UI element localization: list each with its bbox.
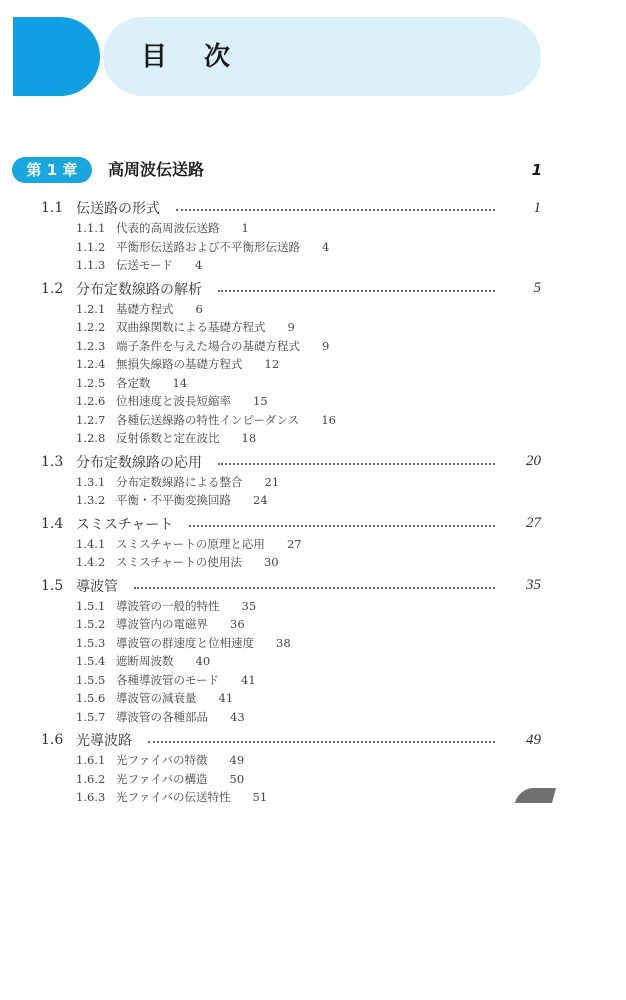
subsection-page: 9 [322,339,329,353]
section-title: 伝送路の形式 [76,198,160,218]
section-number: 1.2 [41,281,76,297]
toc-subsection-row[interactable]: 1.2.2 双曲線関数による基礎方程式 9 [41,318,541,337]
section-number: 1.3 [41,454,76,470]
toc-subsection-row[interactable]: 1.5.7 導波管の各種部品 43 [41,708,541,727]
dot-leader [218,463,495,465]
toc-subsection-row[interactable]: 1.2.4 無損失線路の基礎方程式 12 [41,355,541,374]
subsection-title: 各種導波管のモード [116,672,219,688]
toc-subsection-row[interactable]: 1.4.1 スミスチャートの原理と応用 27 [41,535,541,554]
dot-leader [189,525,495,527]
toc-subsection-row[interactable]: 1.6.2 光ファイバの構造 50 [41,770,541,789]
section-page: 1 [521,200,541,217]
toc-subsection-row[interactable]: 1.6.3 光ファイバの伝送特性 51 [41,788,541,807]
header-accent-block [13,17,100,96]
toc-section: 1.3 分布定数線路の応用 20 1.3.1 分布定数線路による整合 21 1.… [41,451,541,510]
section-number: 1.1 [41,200,76,216]
subsection-page: 24 [253,493,268,507]
subsection-title: 導波管内の電磁界 [116,616,208,632]
subsection-title: 反射係数と定在波比 [116,430,220,446]
subsection-title: 導波管の群速度と位相速度 [116,635,254,651]
toc-section: 1.1 伝送路の形式 1 1.1.1 代表的高周波伝送路 1 1.1.2 平衡形… [41,197,541,275]
subsection-page: 27 [287,537,302,551]
subsection-number: 1.6.3 [76,790,116,804]
subsection-number: 1.4.1 [76,537,116,551]
toc-section: 1.2 分布定数線路の解析 5 1.2.1 基礎方程式 6 1.2.2 双曲線関… [41,278,541,448]
subsection-title: 基礎方程式 [116,301,174,317]
subsection-page: 51 [253,790,268,804]
subsection-number: 1.1.1 [76,221,116,235]
toc-section-row[interactable]: 1.5 導波管 35 [41,575,541,597]
subsection-page: 41 [219,691,234,705]
chapter-badge: 第 1 章 [12,157,92,183]
toc-section-row[interactable]: 1.6 光導波路 49 [41,729,541,751]
section-page: 35 [521,577,541,594]
section-page: 20 [521,453,541,470]
subsection-page: 16 [321,413,336,427]
subsection-title: 位相速度と波長短縮率 [116,393,231,409]
toc-subsection-row[interactable]: 1.2.8 反射係数と定在波比 18 [41,429,541,448]
subsection-title: 伝送モード [116,257,173,273]
subsection-number: 1.6.2 [76,772,116,786]
subsection-title: 光ファイバの伝送特性 [116,789,231,805]
page-title: 目 次 [141,36,244,73]
subsection-title: スミスチャートの使用法 [116,554,242,570]
subsection-page: 12 [265,357,280,371]
subsection-number: 1.3.1 [76,475,116,489]
subsection-title: 双曲線関数による基礎方程式 [116,319,266,335]
chapter-title: 高周波伝送路 [108,157,204,183]
subsection-title: 遮断周波数 [116,653,174,669]
subsection-number: 1.3.2 [76,493,116,507]
toc-section: 1.4 スミスチャート 27 1.4.1 スミスチャートの原理と応用 27 1.… [41,513,541,572]
subsection-number: 1.5.7 [76,710,116,724]
toc-subsection-row[interactable]: 1.5.1 導波管の一般的特性 35 [41,597,541,616]
subsection-number: 1.2.1 [76,302,116,316]
subsection-number: 1.2.2 [76,320,116,334]
subsection-page: 36 [230,617,245,631]
toc-subsection-row[interactable]: 1.5.4 遮断周波数 40 [41,652,541,671]
dot-leader [218,290,495,292]
toc-subsection-row[interactable]: 1.4.2 スミスチャートの使用法 30 [41,553,541,572]
subsection-title: 各定数 [116,375,151,391]
subsection-number: 1.1.3 [76,258,116,272]
toc-section: 1.5 導波管 35 1.5.1 導波管の一般的特性 35 1.5.2 導波管内… [41,575,541,727]
section-number: 1.6 [41,732,76,748]
subsection-page: 4 [322,240,329,254]
subsection-page: 41 [241,673,256,687]
subsection-title: 平衡・不平衡変換回路 [116,492,231,508]
toc-subsection-row[interactable]: 1.2.6 位相速度と波長短縮率 15 [41,392,541,411]
subsection-title: 端子条件を与えた場合の基礎方程式 [116,338,300,354]
section-page: 27 [521,515,541,532]
chapter-page: 1 [532,157,542,183]
toc-subsection-row[interactable]: 1.1.1 代表的高周波伝送路 1 [41,219,541,238]
subsection-title: 代表的高周波伝送路 [116,220,220,236]
subsection-page: 40 [196,654,211,668]
subsection-number: 1.2.7 [76,413,116,427]
toc-section-row[interactable]: 1.3 分布定数線路の応用 20 [41,451,541,473]
toc-subsection-row[interactable]: 1.2.7 各種伝送線路の特性インピーダンス 16 [41,411,541,430]
section-title: 分布定数線路の応用 [76,452,202,472]
dot-leader [176,209,495,211]
subsection-title: 光ファイバの特徴 [116,752,208,768]
section-title: スミスチャート [76,514,173,534]
subsection-number: 1.6.1 [76,753,116,767]
subsection-page: 15 [253,394,268,408]
subsection-page: 9 [288,320,295,334]
toc-subsection-row[interactable]: 1.5.5 各種導波管のモード 41 [41,671,541,690]
table-of-contents: 1.1 伝送路の形式 1 1.1.1 代表的高周波伝送路 1 1.1.2 平衡形… [41,197,541,810]
subsection-number: 1.5.3 [76,636,116,650]
subsection-title: 分布定数線路による整合 [116,474,243,490]
chapter-heading[interactable]: 第 1 章 高周波伝送路 1 [12,157,542,183]
subsection-title: 導波管の各種部品 [116,709,208,725]
subsection-number: 1.4.2 [76,555,116,569]
subsection-number: 1.2.3 [76,339,116,353]
subsection-number: 1.2.8 [76,431,116,445]
subsection-number: 1.2.4 [76,357,116,371]
subsection-page: 38 [276,636,291,650]
toc-subsection-row[interactable]: 1.2.3 端子条件を与えた場合の基礎方程式 9 [41,337,541,356]
toc-subsection-row[interactable]: 1.1.2 平衡形伝送路および不平衡形伝送路 4 [41,238,541,257]
subsection-title: 各種伝送線路の特性インピーダンス [116,412,299,428]
section-page: 49 [521,732,541,749]
toc-section-row[interactable]: 1.4 スミスチャート 27 [41,513,541,535]
subsection-title: 導波管の一般的特性 [116,598,220,614]
toc-subsection-row[interactable]: 1.5.2 導波管内の電磁界 36 [41,615,541,634]
toc-section-row[interactable]: 1.1 伝送路の形式 1 [41,197,541,219]
subsection-number: 1.1.2 [76,240,116,254]
subsection-number: 1.5.5 [76,673,116,687]
subsection-number: 1.5.2 [76,617,116,631]
section-number: 1.4 [41,516,76,532]
subsection-page: 30 [264,555,279,569]
subsection-page: 14 [173,376,188,390]
subsection-page: 1 [242,221,249,235]
subsection-page: 21 [265,475,280,489]
toc-subsection-row[interactable]: 1.6.1 光ファイバの特徴 49 [41,751,541,770]
subsection-number: 1.5.1 [76,599,116,613]
toc-subsection-row[interactable]: 1.5.6 導波管の減衰量 41 [41,689,541,708]
toc-section-row[interactable]: 1.2 分布定数線路の解析 5 [41,278,541,300]
subsection-title: 導波管の減衰量 [116,690,197,706]
subsection-number: 1.2.6 [76,394,116,408]
section-page: 5 [521,280,541,297]
subsection-title: スミスチャートの原理と応用 [116,536,265,552]
section-title: 導波管 [76,576,118,596]
section-number: 1.5 [41,578,76,594]
subsection-number: 1.5.4 [76,654,116,668]
subsection-page: 4 [195,258,202,272]
subsection-title: 平衡形伝送路および不平衡形伝送路 [116,239,300,255]
toc-subsection-row[interactable]: 1.2.5 各定数 14 [41,374,541,393]
dot-leader [148,741,495,743]
toc-subsection-row[interactable]: 1.5.3 導波管の群速度と位相速度 38 [41,634,541,653]
subsection-number: 1.5.6 [76,691,116,705]
subsection-page: 18 [242,431,257,445]
toc-subsection-row[interactable]: 1.3.1 分布定数線路による整合 21 [41,473,541,492]
section-title: 光導波路 [76,730,132,750]
subsection-page: 35 [242,599,257,613]
toc-subsection-row[interactable]: 1.2.1 基礎方程式 6 [41,300,541,319]
toc-subsection-row[interactable]: 1.3.2 平衡・不平衡変換回路 24 [41,491,541,510]
subsection-title: 光ファイバの構造 [116,771,208,787]
subsection-number: 1.2.5 [76,376,116,390]
subsection-page: 43 [230,710,245,724]
section-title: 分布定数線路の解析 [76,279,202,299]
subsection-title: 無損失線路の基礎方程式 [116,356,243,372]
subsection-page: 50 [230,772,245,786]
subsection-page: 6 [196,302,203,316]
toc-section: 1.6 光導波路 49 1.6.1 光ファイバの特徴 49 1.6.2 光ファイ… [41,729,541,807]
subsection-page: 49 [230,753,245,767]
dot-leader [134,587,495,589]
toc-subsection-row[interactable]: 1.1.3 伝送モード 4 [41,256,541,275]
